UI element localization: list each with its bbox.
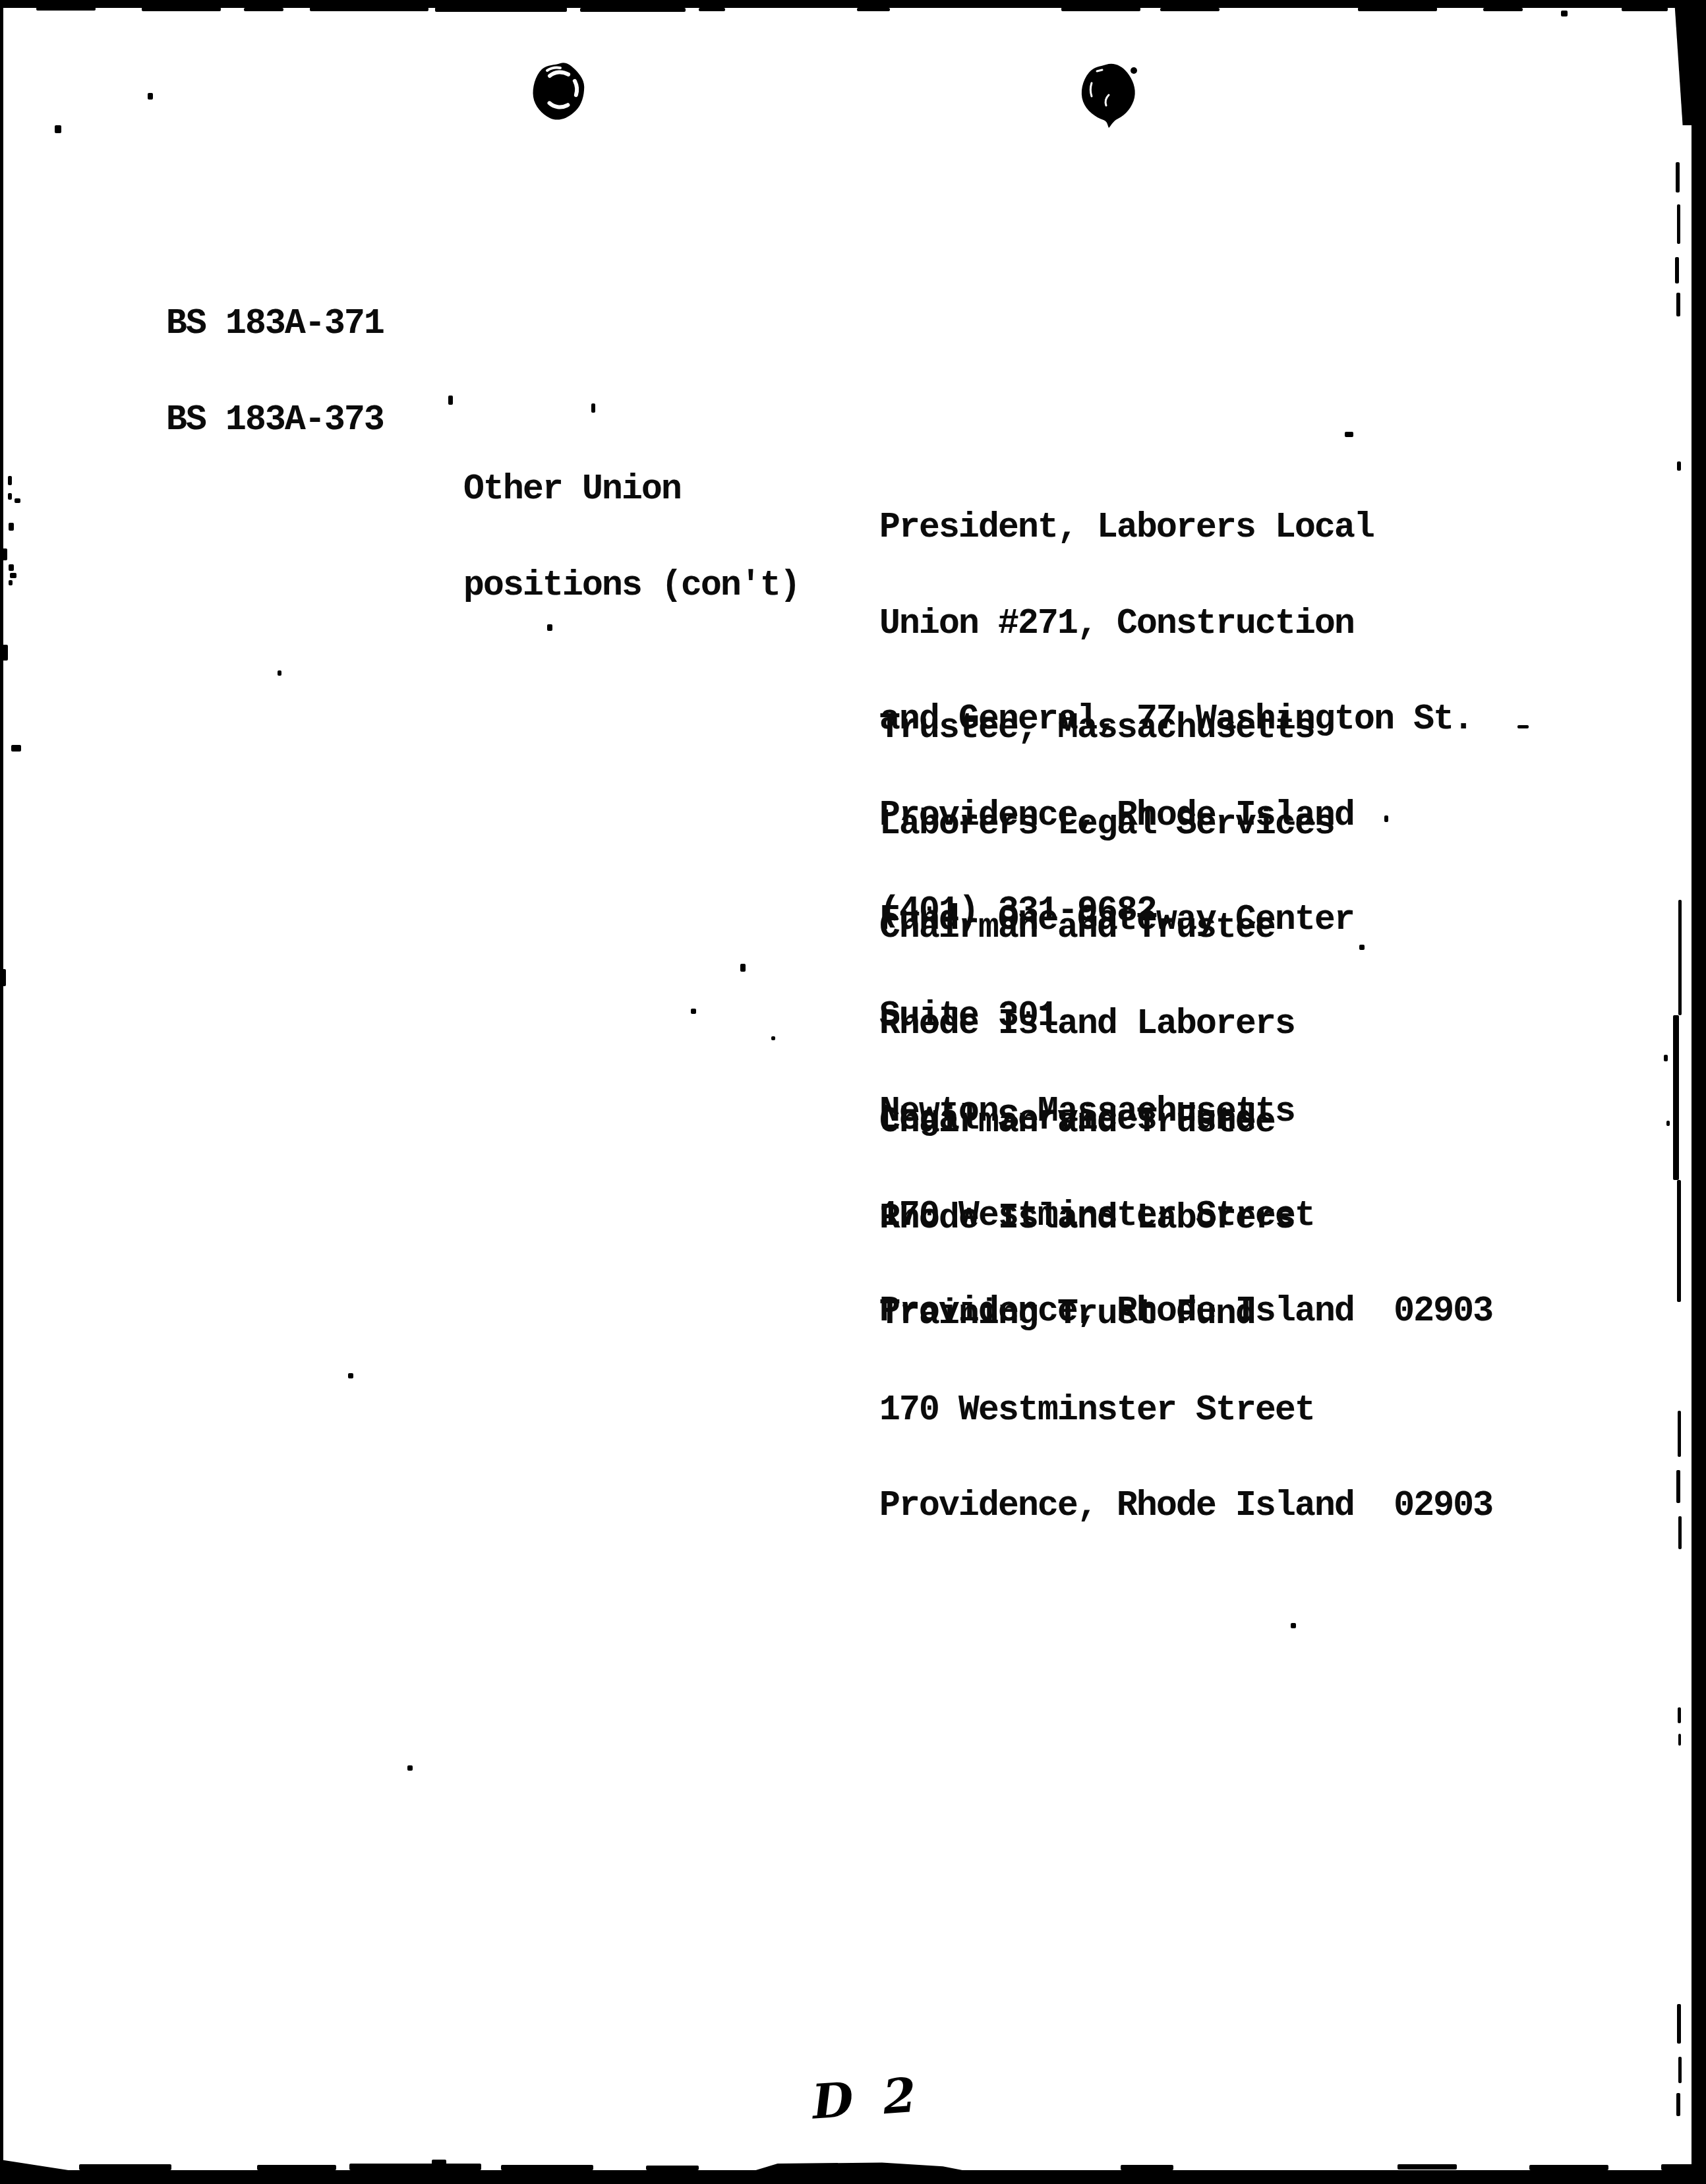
scan-fringe: [79, 2164, 171, 2170]
scan-speck: [691, 1009, 696, 1014]
ink-blob-right: [1078, 61, 1142, 132]
scan-fringe: [1622, 7, 1668, 11]
scan-fringe: [1160, 8, 1220, 11]
scan-dash: [1676, 162, 1680, 192]
address-line: Providence, Rhode Island 02903: [879, 1490, 1492, 1522]
scan-dash: [1677, 461, 1681, 471]
scan-speck: [1561, 11, 1568, 16]
scan-dash: [1675, 257, 1679, 283]
address-line: President, Laborers Local: [879, 512, 1473, 544]
scan-speck: [1345, 432, 1353, 437]
scan-speck: [407, 1765, 413, 1771]
scan-dash: [1678, 900, 1682, 1015]
scan-fringe: [646, 2166, 699, 2170]
scan-dash: [1678, 1734, 1681, 1746]
ink-blob-left: [531, 61, 588, 123]
scan-border-right: [1691, 0, 1706, 2184]
scan-fringe: [349, 2164, 481, 2170]
scan-dash: [1678, 2057, 1682, 2083]
scan-speck: [771, 1036, 775, 1040]
scan-speck: [9, 564, 14, 571]
address-line: Union #271, Construction: [879, 608, 1473, 640]
scan-speck: [1517, 725, 1529, 728]
address-line: Chairman and Trustee: [879, 912, 1492, 944]
scan-artifact-wedge: [1674, 0, 1693, 125]
scan-speck: [148, 93, 153, 100]
scan-speck: [0, 548, 7, 560]
handwritten-page-number: D 2: [810, 2066, 924, 2129]
column-label-line-2: positions (con't): [463, 570, 800, 602]
scan-speck: [591, 403, 595, 413]
scan-fringe: [1483, 8, 1523, 11]
scan-fringe: [1529, 2165, 1608, 2170]
scan-speck: [1384, 815, 1388, 822]
address-line: Rhode Island Laborers: [879, 1202, 1492, 1235]
scan-fringe: [36, 7, 96, 11]
scan-fringe: [142, 7, 221, 11]
scan-fringe: [257, 2165, 336, 2170]
scan-speck: [11, 745, 21, 752]
address-block-training-trust: Chairman and Trustee Rhode Island Labore…: [879, 1042, 1492, 1586]
scan-speck: [9, 523, 14, 531]
scan-speck: [348, 1373, 353, 1378]
scan-fringe: [435, 7, 567, 12]
scan-fringe: [580, 8, 686, 12]
address-line: Chairman and Trustee: [879, 1106, 1492, 1138]
scan-speck: [8, 476, 12, 485]
scan-border-top: [0, 0, 1706, 8]
scan-fringe: [1661, 2164, 1706, 2170]
scan-speck: [1664, 1055, 1668, 1061]
column-label: Other Union positions (con't): [463, 409, 800, 665]
scan-speck: [8, 493, 12, 500]
scan-fringe: [1061, 7, 1140, 11]
address-line: Laborers Legal Services: [879, 808, 1354, 841]
scan-dash: [1676, 2093, 1680, 2116]
scan-dash: [1677, 204, 1680, 244]
scan-speck: [1359, 945, 1365, 950]
scan-dash: [1676, 1470, 1680, 1503]
address-line: Training Trust Fund: [879, 1298, 1492, 1330]
scan-dash: [1678, 1516, 1682, 1549]
scan-dash: [1676, 293, 1680, 316]
scan-speck: [55, 125, 61, 133]
scan-dash: [1678, 1707, 1681, 1723]
address-line: Rhode Island Laborers: [879, 1008, 1492, 1040]
reference-number-1: BS 183A-371: [166, 308, 384, 340]
scan-speck: [740, 964, 746, 972]
scan-dash: [1673, 1015, 1679, 1180]
scan-fringe: [699, 8, 725, 11]
scan-speck: [0, 645, 8, 661]
scan-border-left: [0, 0, 3, 2184]
scan-speck: [448, 396, 453, 405]
scan-dash: [1677, 1180, 1681, 1302]
scan-artifact-wedge: [751, 2160, 969, 2171]
scan-fringe: [1121, 2165, 1173, 2170]
scan-fringe: [1358, 7, 1437, 11]
address-line: 170 Westminster Street: [879, 1394, 1492, 1427]
scan-speck: [547, 624, 552, 631]
scan-fringe: [1397, 2164, 1457, 2169]
scanned-document-page: BS 183A-371 BS 183A-373 Other Union posi…: [0, 0, 1706, 2184]
scan-speck: [1666, 1121, 1670, 1126]
scan-fringe: [244, 8, 283, 11]
scan-speck: [432, 2160, 446, 2168]
reference-numbers: BS 183A-371 BS 183A-373: [166, 244, 384, 500]
scan-speck: [15, 498, 20, 503]
reference-number-2: BS 183A-373: [166, 404, 384, 436]
scan-speck: [9, 580, 13, 585]
address-line: Trustee, Massachusetts: [879, 712, 1354, 744]
scan-speck: [10, 573, 16, 578]
scan-speck: [1291, 1623, 1296, 1628]
scan-border-bottom: [0, 2170, 1706, 2184]
scan-fringe: [857, 8, 890, 11]
scan-fringe: [310, 7, 428, 11]
column-label-line-1: Other Union: [463, 473, 800, 506]
scan-artifact-wedge: [0, 2158, 73, 2171]
scan-fringe: [501, 2165, 593, 2170]
scan-speck: [0, 969, 6, 986]
scan-dash: [1677, 2004, 1681, 2044]
scan-dash: [1678, 1411, 1681, 1457]
scan-speck: [278, 670, 281, 676]
